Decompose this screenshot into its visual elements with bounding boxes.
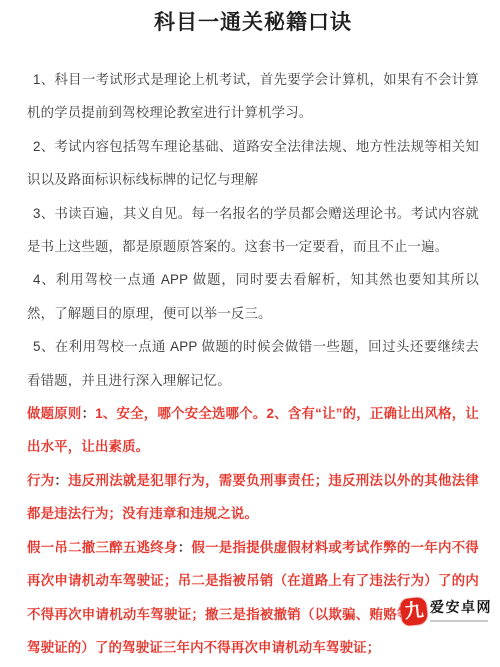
keyword-separator: ： bbox=[82, 406, 96, 421]
paragraph-list: 1、科目一考试形式是理论上机考试，首先要学会计算机，如果有不会计算机的学员提前到… bbox=[27, 63, 479, 664]
keyword-paragraph: 做题原则：1、安全，哪个安全选哪个。2、含有“让”的，正确让出风格，让出水平，让… bbox=[27, 397, 479, 464]
document-page: 科目一通关秘籍口诀 1、科目一考试形式是理论上机考试，首先要学会计算机，如果有不… bbox=[0, 0, 500, 667]
site-block: 爱安卓网 bbox=[430, 596, 492, 622]
numbered-paragraph: 2、考试内容包括驾车理论基础、道路安全法律法规、地方性法规等相关知识以及路面标识… bbox=[27, 130, 479, 197]
numbered-paragraph: 1、科目一考试形式是理论上机考试，首先要学会计算机，如果有不会计算机的学员提前到… bbox=[27, 63, 479, 130]
keyword-label: 假一吊二撤三醉五逃终身 bbox=[27, 540, 178, 555]
keyword-label: 行为 bbox=[27, 473, 54, 488]
site-watermark: 九 爱安卓网 bbox=[401, 596, 495, 636]
numbered-paragraph: 5、在利用驾校一点通 APP 做题的时候会做错一些题，回过头还要继续去看错题，并… bbox=[27, 330, 479, 397]
keyword-label: 做题原则 bbox=[27, 406, 82, 421]
keyword-paragraph: 行为：违反刑法就是犯罪行为，需要负刑事责任；违反刑法以外的其他法律都是违法行为；… bbox=[27, 464, 479, 531]
keyword-separator: ： bbox=[178, 540, 192, 555]
site-name: 爱安卓网 bbox=[430, 601, 492, 617]
keyword-separator: ： bbox=[54, 473, 68, 488]
numbered-paragraph: 4、利用驾校一点通 APP 做题，同时要去看解析，知其然也要知其所以然，了解题目… bbox=[27, 263, 479, 330]
numbered-paragraph: 3、书读百遍，其义自见。每一名报名的学员都会赠送理论书。考试内容就是书上这些题，… bbox=[27, 197, 479, 264]
site-tagline-line bbox=[430, 620, 488, 622]
page-title: 科目一通关秘籍口诀 bbox=[27, 8, 479, 38]
seal-icon: 九 bbox=[400, 597, 429, 627]
